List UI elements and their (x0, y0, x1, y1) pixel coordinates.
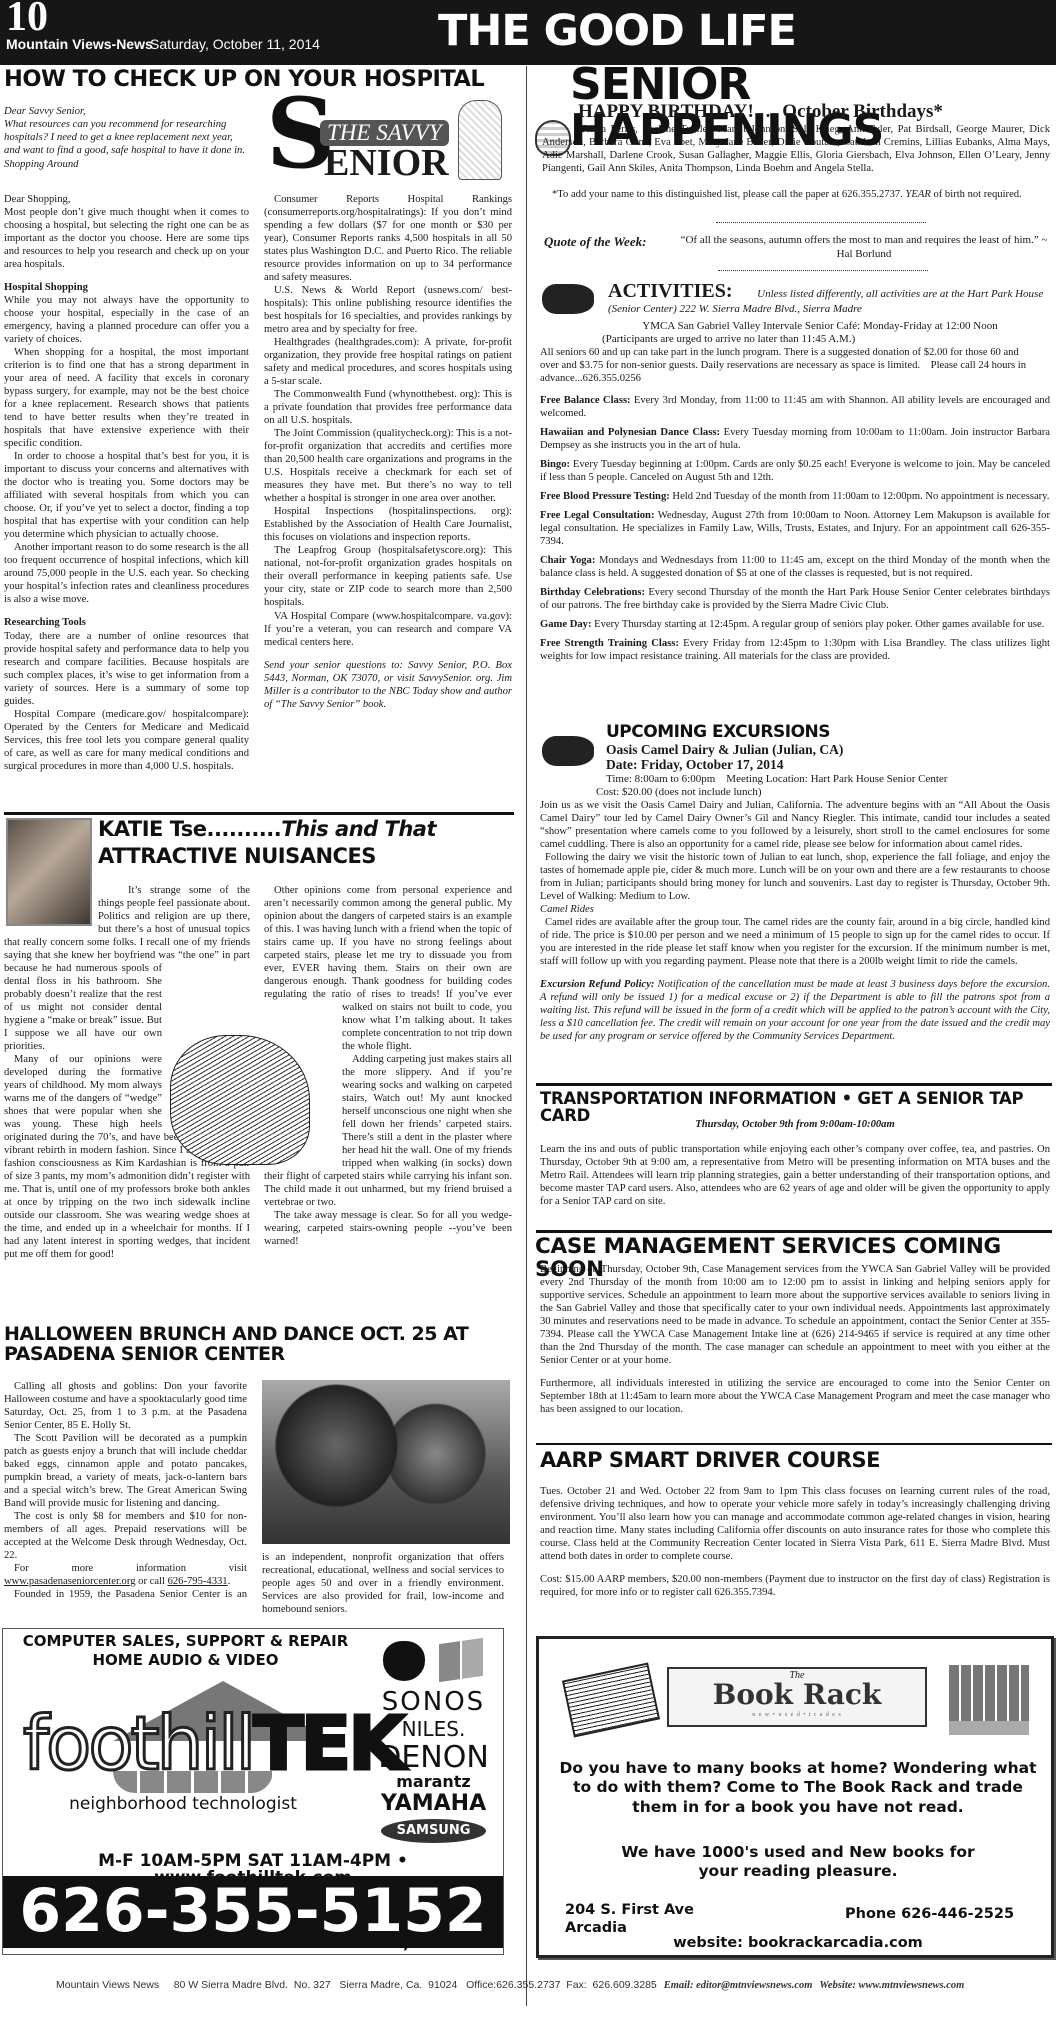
transportation-date: Thursday, October 9th from 9:00am-10:00a… (540, 1118, 1050, 1131)
paper-name: Mountain Views-News (6, 36, 153, 53)
masthead: 10 Mountain Views-News Saturday, October… (0, 0, 1056, 65)
section-divider (536, 1443, 1052, 1445)
katie-headline-title: ATTRACTIVE NUISANCES (98, 845, 376, 867)
section-divider (4, 812, 514, 815)
activities-header: ACTIVITIES: Unless listed differently, a… (608, 280, 1050, 316)
pasadena-website-link[interactable]: www.pasadenaseniorcenter.org (4, 1576, 136, 1587)
bookrack-ad[interactable]: The Book Rack n e w • u s e d • t r a d … (536, 1636, 1054, 1958)
pointing-hand-icon (542, 284, 594, 314)
activity-item: Free Strength Training Class: Every Frid… (540, 637, 1050, 663)
savvy-senior-logo: S THE SAVVY ENIOR (266, 92, 502, 182)
brand-samsung: SAMSUNG (381, 1819, 486, 1843)
pointing-hand-icon (542, 736, 594, 766)
dotted-divider (716, 222, 926, 223)
cafe-details: All seniors 60 and up can take part in t… (540, 346, 1040, 385)
page-number: 10 (6, 0, 48, 38)
bookrack-phone: Phone 626-446-2525 (845, 1905, 1014, 1923)
halloween-column-2: is an independent, nonprofit organizatio… (262, 1551, 504, 1616)
activity-item: Free Balance Class: Every 3rd Monday, fr… (540, 394, 1050, 420)
bookrack-inventory: We have 1000's used and New books for yo… (599, 1843, 997, 1882)
cafe-line-1: YMCA San Gabriel Valley Intervale Senior… (590, 320, 1050, 334)
windows-logo-icon (439, 1638, 483, 1682)
aarp-headline: AARP SMART DRIVER COURSE (540, 1449, 880, 1471)
hospital-column-2: Consumer Reports Hospital Rankings (cons… (264, 193, 512, 711)
ad-address: 183 west sierra madre blvd • sierra madr… (3, 1935, 503, 1952)
brand-sonos: SONOS (371, 1689, 496, 1715)
foothilltek-ad[interactable]: COMPUTER SALES, SUPPORT & REPAIR HOME AU… (2, 1628, 504, 1955)
halloween-column-1: Calling all ghosts and goblins: Don your… (4, 1380, 247, 1602)
bookrack-logo: The Book Rack n e w • u s e d • t r a d … (667, 1667, 927, 1727)
quote-text: “Of all the seasons, autumn offers the m… (678, 234, 1050, 261)
subheading-hospital-shopping: Hospital Shopping (4, 281, 249, 294)
hospital-column-1: Dear Shopping, Most people don’t give mu… (4, 193, 249, 773)
brand-yamaha: YAMAHA (371, 1793, 496, 1815)
halloween-headline: HALLOWEEN BRUNCH AND DANCE OCT. 25 AT PA… (4, 1325, 514, 1365)
brand-marantz: marantz (371, 1774, 496, 1790)
activity-item: Bingo: Every Tuesday beginning at 1:00pm… (540, 458, 1050, 484)
bookrack-website[interactable]: website: bookrackarcadia.com (539, 1934, 1056, 1952)
excursions-heading: UPCOMING EXCURSIONS (606, 724, 830, 742)
brand-niles: NILES. (371, 1719, 496, 1739)
case-management-body: Beginning on Thursday, October 9th, Case… (540, 1263, 1050, 1416)
transportation-body: Learn the ins and outs of public transpo… (540, 1143, 1050, 1208)
section-divider (536, 1230, 1052, 1233)
ad-line-1: COMPUTER SALES, SUPPORT & REPAIR (13, 1634, 358, 1649)
activity-item: Free Blood Pressure Testing: Held 2nd Tu… (540, 490, 1050, 503)
trip-cost: Cost: $20.00 (does not include lunch) (596, 786, 762, 800)
katie-column-2: Other opinions come from personal experi… (264, 884, 512, 1248)
section-title: THE GOOD LIFE (438, 10, 796, 53)
trip-time-location: Time: 8:00am to 6:00pm Meeting Location:… (606, 773, 947, 787)
footer-contact: Mountain Views News 80 W Sierra Madre Bl… (56, 1979, 657, 1991)
activity-item: Birthday Celebrations: Every second Thur… (540, 586, 1050, 612)
quote-label: Quote of the Week: (544, 234, 646, 250)
cartoon-man-icon (458, 100, 502, 180)
aarp-body: Tues. October 21 and Wed. October 22 fro… (540, 1485, 1050, 1599)
ad-tagline: neighborhood technologist (33, 1796, 333, 1813)
bookrack-address-line-1: 204 S. First Ave (565, 1901, 694, 1919)
footer-email[interactable]: Email: editor@mtnviewsnews.com (664, 1980, 813, 1991)
activities-list: Free Balance Class: Every 3rd Monday, fr… (540, 394, 1050, 669)
page-footer: Mountain Views News 80 W Sierra Madre Bl… (56, 1979, 964, 1993)
stacked-books-icon (949, 1665, 1029, 1735)
pasadena-phone-link[interactable]: 626-795-4331 (168, 1576, 228, 1587)
ad-line-2: HOME AUDIO & VIDEO (13, 1653, 358, 1668)
issue-date: Saturday, October 11, 2014 (150, 36, 320, 53)
dotted-divider (718, 270, 928, 271)
column-divider (526, 66, 527, 2006)
activity-item: Free Legal Consultation: Wednesday, Augu… (540, 509, 1050, 548)
bookrack-pitch: Do you have to many books at home? Wonde… (559, 1759, 1037, 1817)
footer-website[interactable]: Website: www.mtnviewsnews.com (819, 1980, 964, 1991)
activity-item: Chair Yoga: Mondays and Wednesdays from … (540, 554, 1050, 580)
activity-item: Game Day: Every Thursday starting at 12:… (540, 618, 1050, 631)
birthday-note: *To add your name to this distinguished … (542, 188, 1050, 201)
subheading-researching-tools: Researching Tools (4, 616, 249, 629)
open-book-icon (562, 1662, 660, 1737)
activity-item: Hawaiian and Polynesian Dance Class: Eve… (540, 426, 1050, 452)
trip-date: Date: Friday, October 17, 2014 (606, 757, 783, 774)
hospital-headline: HOW TO CHECK UP ON YOUR HOSPITAL (4, 68, 484, 92)
brand-denon: DENON (371, 1743, 496, 1773)
reader-letter: Dear Savvy Senior, What resources can yo… (4, 105, 249, 171)
birthday-heading: HAPPY BIRTHDAY! … October Birthdays* (578, 100, 943, 123)
excursion-body: Join us as we visit the Oasis Camel Dair… (540, 799, 1050, 1043)
apple-logo-icon (383, 1641, 425, 1681)
katie-headline-line1: KATIE Tse..........This and That (98, 818, 436, 840)
section-divider (536, 1083, 1052, 1086)
foothilltek-logo: foothillTEK (23, 1707, 403, 1781)
cafe-line-2: (Participants are urged to arrive no lat… (602, 333, 855, 347)
halloween-costume-photo (262, 1380, 510, 1544)
apple-windows-logos (383, 1633, 493, 1681)
savvy-senior-signoff: Send your senior questions to: Savvy Sen… (264, 659, 512, 711)
birthday-names: Janda Ferris, Darlene Traxler, Margit Jo… (542, 123, 1050, 175)
